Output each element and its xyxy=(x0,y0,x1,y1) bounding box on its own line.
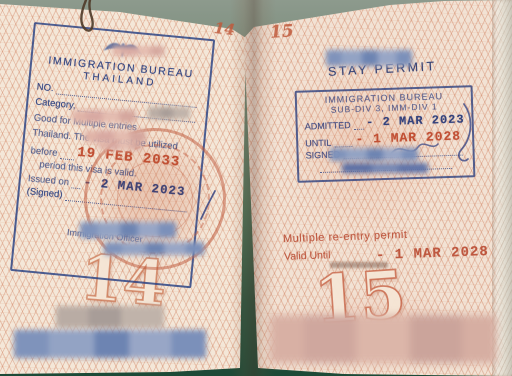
redaction-blur xyxy=(104,242,204,255)
before-label: before xyxy=(30,145,58,159)
dotted-leader xyxy=(71,178,81,189)
no-label: NO. xyxy=(36,82,54,95)
redaction-blur xyxy=(330,148,418,161)
spacer xyxy=(185,199,191,200)
redaction-blur xyxy=(72,110,136,123)
bookmark-string xyxy=(66,0,112,42)
admitted-date-stamp: - 2 MAR 2023 xyxy=(366,112,465,129)
redaction-blur xyxy=(56,306,164,328)
redaction-blur xyxy=(112,46,164,56)
redaction-blur xyxy=(330,262,388,268)
admitted-label: ADMITTED xyxy=(305,120,351,131)
category-label: Category, xyxy=(35,97,76,112)
passport-photo: 14 15 14 15 IMMIGRATION BUREAU THAILAND … xyxy=(0,0,512,376)
dotted-leader xyxy=(354,120,364,130)
until-date-stamp: - 1 MAR 2028 xyxy=(355,129,461,147)
redaction-blur xyxy=(98,141,142,150)
page-number-14-corner: 14 xyxy=(213,19,236,39)
redaction-blur xyxy=(326,50,412,66)
redaction-blur xyxy=(270,315,496,363)
redaction-blur xyxy=(14,330,206,358)
redaction-blur xyxy=(342,163,428,173)
until-label: UNTIL xyxy=(305,138,331,149)
signed-label: (Signed) xyxy=(26,186,63,200)
dotted-leader xyxy=(334,137,353,148)
redaction-blur xyxy=(148,107,190,119)
valid-until-label: Valid Until xyxy=(284,249,331,263)
spacer xyxy=(179,171,193,172)
dotted-leader xyxy=(60,149,75,160)
redaction-blur xyxy=(80,222,176,238)
page-number-15-corner: 15 xyxy=(269,21,294,43)
